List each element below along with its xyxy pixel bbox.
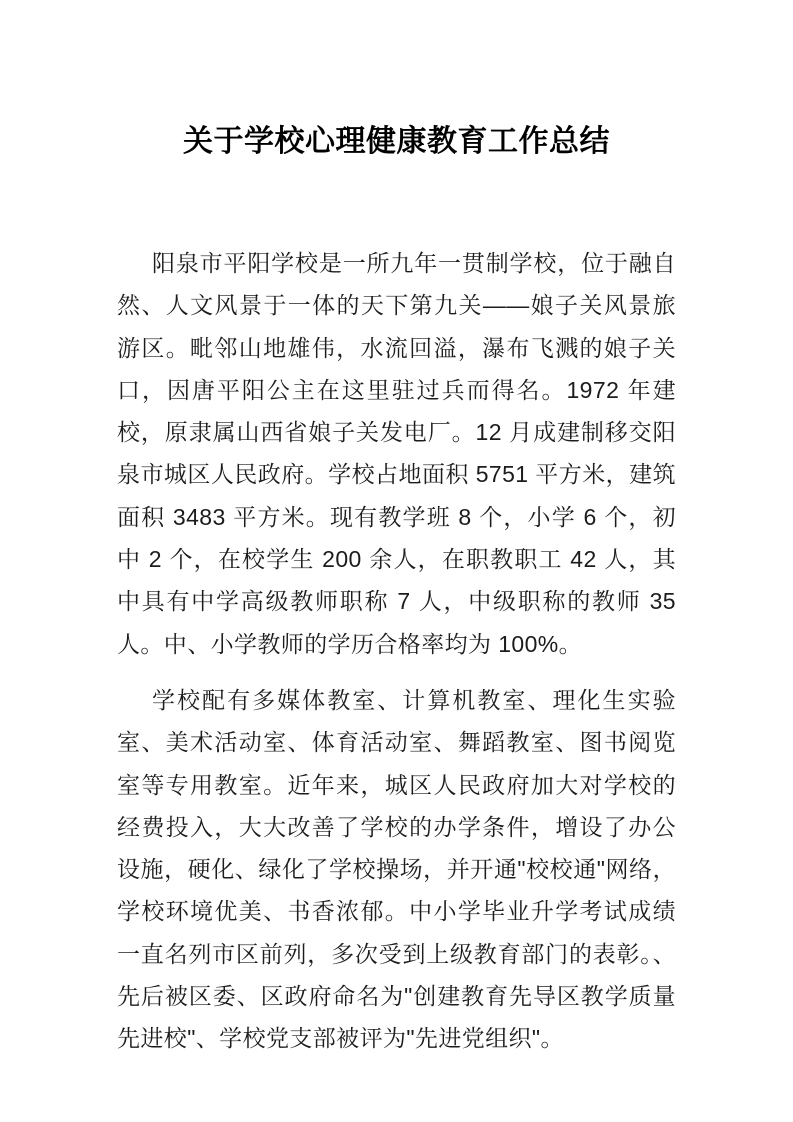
document-page: 关于学校心理健康教育工作总结 阳泉市平阳学校是一所九年一贯制学校，位于融自然、人… <box>0 0 793 1122</box>
paragraph-school-overview: 阳泉市平阳学校是一所九年一贯制学校，位于融自然、人文风景于一体的天下第九关——娘… <box>117 242 676 665</box>
document-title: 关于学校心理健康教育工作总结 <box>117 0 676 165</box>
paragraph-school-facilities: 学校配有多媒体教室、计算机教室、理化生实验室、美术活动室、体育活动室、舞蹈教室、… <box>117 679 676 1060</box>
